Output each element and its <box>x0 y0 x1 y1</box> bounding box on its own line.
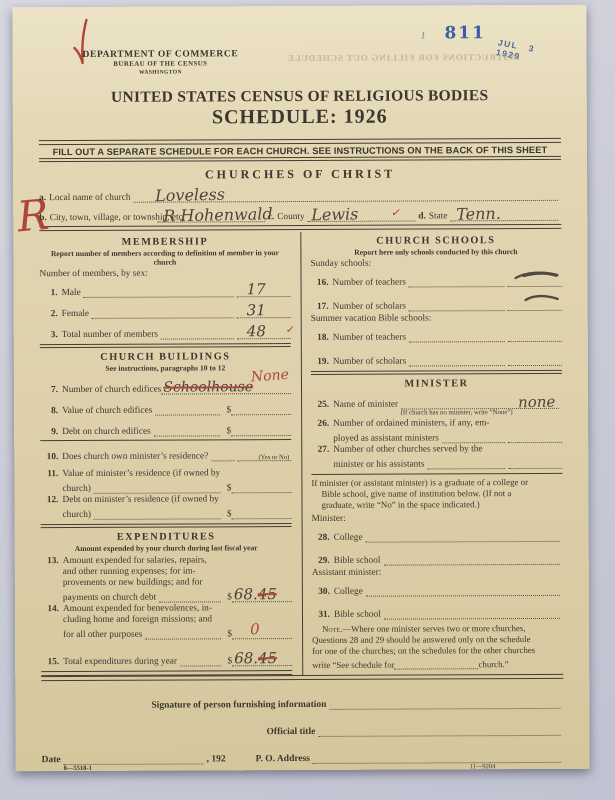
leader-dots <box>159 589 221 602</box>
census-form-page: DEPARTMENT OF COMMERCE BUREAU OF THE CEN… <box>12 5 589 771</box>
question-number: 1. <box>40 288 62 298</box>
leader-dots <box>409 274 505 287</box>
leader-dots <box>211 448 234 461</box>
leader-dots <box>180 654 222 667</box>
date-year-prefix: , 192 <box>207 754 226 764</box>
question-1-row: 1. Male 17 <box>40 278 291 298</box>
question-number: 14. <box>41 604 63 615</box>
church-buildings-title: CHURCH BUILDINGS <box>40 351 291 363</box>
leader-dots <box>427 456 505 469</box>
item-letter: b. <box>39 213 47 223</box>
question-29-row: 29. Bible school <box>312 544 563 566</box>
question-label-cont: for all other purposes <box>63 630 142 640</box>
pencil-dash-mark <box>513 269 559 284</box>
amount-15-struck: 45 <box>258 649 277 667</box>
rule <box>40 343 291 349</box>
agency-name: DEPARTMENT OF COMMERCE <box>83 48 239 61</box>
answer-line <box>231 480 291 493</box>
question-15-row: 15. Total expenditures during year $ 68.… <box>41 645 292 667</box>
graduate-note-line3: graduate, write “No” in the space indica… <box>311 499 562 511</box>
leader-dots <box>442 430 505 443</box>
expenditures-subtitle: Amount expended by your church during la… <box>41 543 292 553</box>
signature-row: Signature of person furnishing informati… <box>41 694 563 710</box>
question-14-block: 14.Amount expended for benevolences, in-… <box>41 603 292 640</box>
question-label: Bible school <box>334 556 381 566</box>
note-line3: for one of the churches; on the schedule… <box>312 645 563 657</box>
answer-line: 68.45 <box>232 653 292 666</box>
official-title-row: Official title <box>41 721 563 737</box>
membership-title: MEMBERSHIP <box>39 236 290 248</box>
question-number: 10. <box>40 452 62 462</box>
answer-line <box>508 430 562 443</box>
membership-subtitle: Report number of members according to de… <box>50 248 280 267</box>
red-check-icon: ✓ <box>285 322 295 336</box>
question-number: 15. <box>41 657 63 667</box>
form-codes-row: 8—5518-1 11—9204 <box>42 762 564 776</box>
item-letter: a. <box>39 193 46 203</box>
question-13-block: 13.Amount expended for salaries, repairs… <box>41 555 292 604</box>
agency-block: DEPARTMENT OF COMMERCE BUREAU OF THE CEN… <box>83 48 239 77</box>
question-label: Name of minister <box>333 400 398 410</box>
question-8-row: 8. Value of church edifices $ <box>40 394 291 416</box>
question-18-row: 18. Number of teachers <box>311 323 562 343</box>
question-10-row: 10. Does church own minister’s residence… <box>40 440 291 462</box>
note-head: Note. <box>322 624 342 634</box>
rule <box>39 155 561 162</box>
question-number: 7. <box>40 385 62 395</box>
question-label: Female <box>62 309 89 319</box>
question-label: Number of scholars <box>333 356 406 366</box>
leader-dots <box>145 627 221 640</box>
question-28-row: 28. College <box>312 523 563 543</box>
footer-section: Signature of person furnishing informati… <box>41 674 563 777</box>
question-number: 19. <box>311 357 333 367</box>
question-number: 16. <box>311 278 333 288</box>
signature-label: Signature of person furnishing informati… <box>151 699 326 710</box>
question-label: Does church own minister’s residence? <box>62 451 208 462</box>
leader-dots <box>94 506 221 520</box>
blue-tick-mark: 1 <box>420 30 427 42</box>
expenditures-title: EXPENDITURES <box>41 531 292 543</box>
rule <box>311 473 562 475</box>
answer-line <box>232 506 292 519</box>
question-7-row: 7. Number of church edifices Schoolhouse… <box>40 375 291 395</box>
question-12-block: 12.Debt on minister’s residence (if owne… <box>40 494 291 520</box>
question-label: Value of church edifices <box>62 405 152 415</box>
question-9-row: 9. Debt on church edifices $ <box>40 415 291 437</box>
leader-dots: none <box>401 396 559 410</box>
question-number: 28. <box>312 533 334 543</box>
question-number: 9. <box>40 427 62 437</box>
leader-dots <box>384 606 560 620</box>
question-number: 25. <box>311 400 333 410</box>
question-11-block: 11.Value of minister’s residence (if own… <box>40 468 291 494</box>
question-number: 30. <box>312 587 334 597</box>
schoolhouse-handwriting-struck: Schoolhouse <box>163 380 253 394</box>
amount-14-red-handwriting: 0 <box>250 622 260 637</box>
question-2-row: 2. Female 31 <box>40 297 291 319</box>
question-label: Number of ordained ministers, if any, em… <box>333 418 489 429</box>
question-label: Amount expended for salaries, repairs, <box>63 555 207 566</box>
note-last-pre: write “See schedule for <box>312 660 394 670</box>
county-handwriting: Lewis <box>311 206 358 223</box>
question-label: Male <box>62 288 81 298</box>
leader-dots <box>409 329 505 342</box>
answer-line: Schoolhouse None <box>161 381 291 395</box>
answer-line <box>508 298 562 311</box>
question-number: 18. <box>311 333 333 343</box>
question-label: Amount expended for benevolences, in- <box>63 603 212 614</box>
answer-line: 0 <box>232 626 292 639</box>
pencil-dash-mark <box>524 293 560 306</box>
identity-section: R a. Local name of church Loveless b. Ci… <box>39 181 561 231</box>
rule <box>39 224 561 231</box>
line-c-label: County <box>277 212 304 222</box>
answer-line <box>508 274 562 287</box>
question-number: 3. <box>40 330 62 340</box>
form-header: DEPARTMENT OF COMMERCE BUREAU OF THE CEN… <box>38 5 561 183</box>
question-label: Number of scholars <box>333 301 406 311</box>
question-31-row: 31. Bible school <box>312 598 563 620</box>
church-schools-title: CHURCH SCHOOLS <box>310 234 561 246</box>
leader-dots <box>154 423 221 436</box>
line-b-city-county-state: b. City, town, village, or township, etc… <box>39 201 561 223</box>
question-30-row: 30. College <box>312 577 563 597</box>
question-25-row: 25. Name of minister none <box>311 390 562 410</box>
amount-15-handwriting: 68. <box>234 650 258 668</box>
question-label: Total number of members <box>62 329 158 339</box>
state-handwriting: Tenn. <box>456 206 501 223</box>
answer-line <box>508 329 562 342</box>
leader-dots <box>161 326 234 339</box>
question-label: Debt on minister’s residence (if owned b… <box>62 494 218 505</box>
total-count-handwriting: 48 <box>247 324 266 339</box>
question-19-row: 19. Number of scholars <box>311 345 562 367</box>
question-16-row: 16. Number of teachers <box>310 268 561 288</box>
form-title: UNITED STATES CENSUS OF RELIGIOUS BODIES <box>39 87 561 107</box>
question-number: 27. <box>311 445 333 456</box>
question-label: Total expenditures during year <box>63 657 177 667</box>
answer-line <box>231 423 291 436</box>
note-last-post: church.” <box>478 660 508 670</box>
agency-city: WASHINGTON <box>83 69 239 77</box>
right-column: CHURCH SCHOOLS Report here only schools … <box>300 230 563 674</box>
minister-title: MINISTER <box>311 378 562 390</box>
answer-line <box>231 402 291 415</box>
signature-line <box>329 694 560 709</box>
question-number: 11. <box>40 469 62 480</box>
question-label: Number of other churches served by the <box>333 444 482 455</box>
red-check-icon: ✓ <box>390 205 402 220</box>
answer-line <box>508 353 562 366</box>
line-d-label: State <box>429 211 448 221</box>
two-column-body: MEMBERSHIP Report number of members acco… <box>39 230 563 676</box>
po-address-label: P. O. Address <box>256 753 310 763</box>
form-number: 8—5518-1 <box>64 764 92 771</box>
leader-dots <box>92 305 234 319</box>
photo-background: DEPARTMENT OF COMMERCE BUREAU OF THE CEN… <box>0 0 615 800</box>
date-line <box>64 750 204 765</box>
city-handwriting: R Hohenwald <box>163 206 273 224</box>
number-stamp: 811 <box>444 23 486 43</box>
line-a-local-name: a. Local name of church Loveless <box>39 181 561 203</box>
none-red-handwriting: None <box>250 367 289 384</box>
question-number: 2. <box>40 309 62 319</box>
form-content: DEPARTMENT OF COMMERCE BUREAU OF THE CEN… <box>12 5 589 771</box>
leader-dots <box>366 583 560 597</box>
question-number: 8. <box>40 406 62 416</box>
line-b-answer-line: R Hohenwald <box>157 209 265 222</box>
church-buildings-subtitle: See instructions, paragraphs 10 to 12 <box>50 363 280 373</box>
question-number: 26. <box>311 419 333 430</box>
leader-dots <box>409 298 505 311</box>
po-address-line <box>313 748 561 763</box>
answer-line: 48 ✓ <box>237 326 291 339</box>
question-label: College <box>334 533 363 543</box>
question-label: Number of teachers <box>333 332 406 342</box>
item-letter: d. <box>418 211 426 221</box>
line-c-answer-line: Lewis ✓ <box>308 208 416 221</box>
leader-dots <box>383 552 559 566</box>
note-paragraph: Note.—Where one minister serves two or m… <box>312 623 563 670</box>
amount-13-handwriting: 68. <box>234 585 258 603</box>
question-label: Number of teachers <box>333 277 406 287</box>
male-count-handwriting: 17 <box>247 282 266 297</box>
leader-dots <box>155 402 220 415</box>
question-label: Number of church edifices <box>62 384 161 394</box>
question-label: Bible school <box>334 610 381 620</box>
question-number: 13. <box>41 556 63 567</box>
form-subtitle: SCHEDULE: 1926 <box>39 105 561 130</box>
question-number: 29. <box>312 556 334 566</box>
note-leader-dots <box>395 660 479 670</box>
instruction-band: FILL OUT A SEPARATE SCHEDULE FOR EACH CH… <box>39 138 561 162</box>
bleed-through-text: INSTRUCTIONS FOR FILLING OUT SCHEDULE <box>239 52 569 63</box>
line-a-label: Local name of church <box>49 193 130 203</box>
note-line1: —Where one minister serves two or more c… <box>342 623 525 634</box>
rule <box>41 523 292 529</box>
left-column: MEMBERSHIP Report number of members acco… <box>39 232 302 676</box>
graduate-note-line1: If minister (or assistant minister) is a… <box>311 477 562 489</box>
question-17-row: 17. Number of scholars <box>311 290 562 312</box>
answer-line: 31 <box>237 305 291 318</box>
question-number: 17. <box>311 302 333 312</box>
rule <box>311 370 562 376</box>
leader-dots <box>84 284 234 298</box>
yes-or-no-hint: (Yes or No) <box>258 454 289 461</box>
rule <box>41 674 563 681</box>
question-number: 12. <box>40 495 62 506</box>
line-d-answer-line: Tenn. <box>450 208 558 221</box>
question-26-block: 26.Number of ordained ministers, if any,… <box>311 418 562 444</box>
leader-dots <box>366 529 560 543</box>
leader-dots <box>94 480 221 494</box>
question-label-cont: church) <box>62 484 90 494</box>
question-label-cont: payments on church debt <box>63 593 156 603</box>
question-3-row: 3. Total number of members 48 ✓ <box>40 318 291 340</box>
female-count-handwriting: 31 <box>247 303 266 318</box>
leader-dots <box>409 353 505 366</box>
question-label: College <box>334 587 363 597</box>
amount-13-struck: 45 <box>258 585 277 603</box>
question-label: Value of minister’s residence (if owned … <box>62 468 220 479</box>
date-label: Date <box>42 755 61 765</box>
question-27-block: 27.Number of other churches served by th… <box>311 444 562 470</box>
answer-line: 68.45 <box>232 589 292 602</box>
print-code: 11—9204 <box>470 763 496 770</box>
church-schools-subtitle: Report here only schools conducted by th… <box>311 246 561 256</box>
question-label-cont: ployed as assistant ministers <box>333 433 439 443</box>
official-title-line <box>318 721 560 736</box>
official-title-label: Official title <box>266 726 315 736</box>
question-label: Debt on church edifices <box>62 426 151 436</box>
answer-line <box>508 456 562 469</box>
minister-none-handwriting: none <box>518 395 556 411</box>
answer-line: 17 <box>237 284 291 297</box>
question-number: 31. <box>312 610 334 620</box>
question-label-cont: church) <box>63 510 91 520</box>
question-label-cont: minister or his assistants <box>333 460 424 470</box>
